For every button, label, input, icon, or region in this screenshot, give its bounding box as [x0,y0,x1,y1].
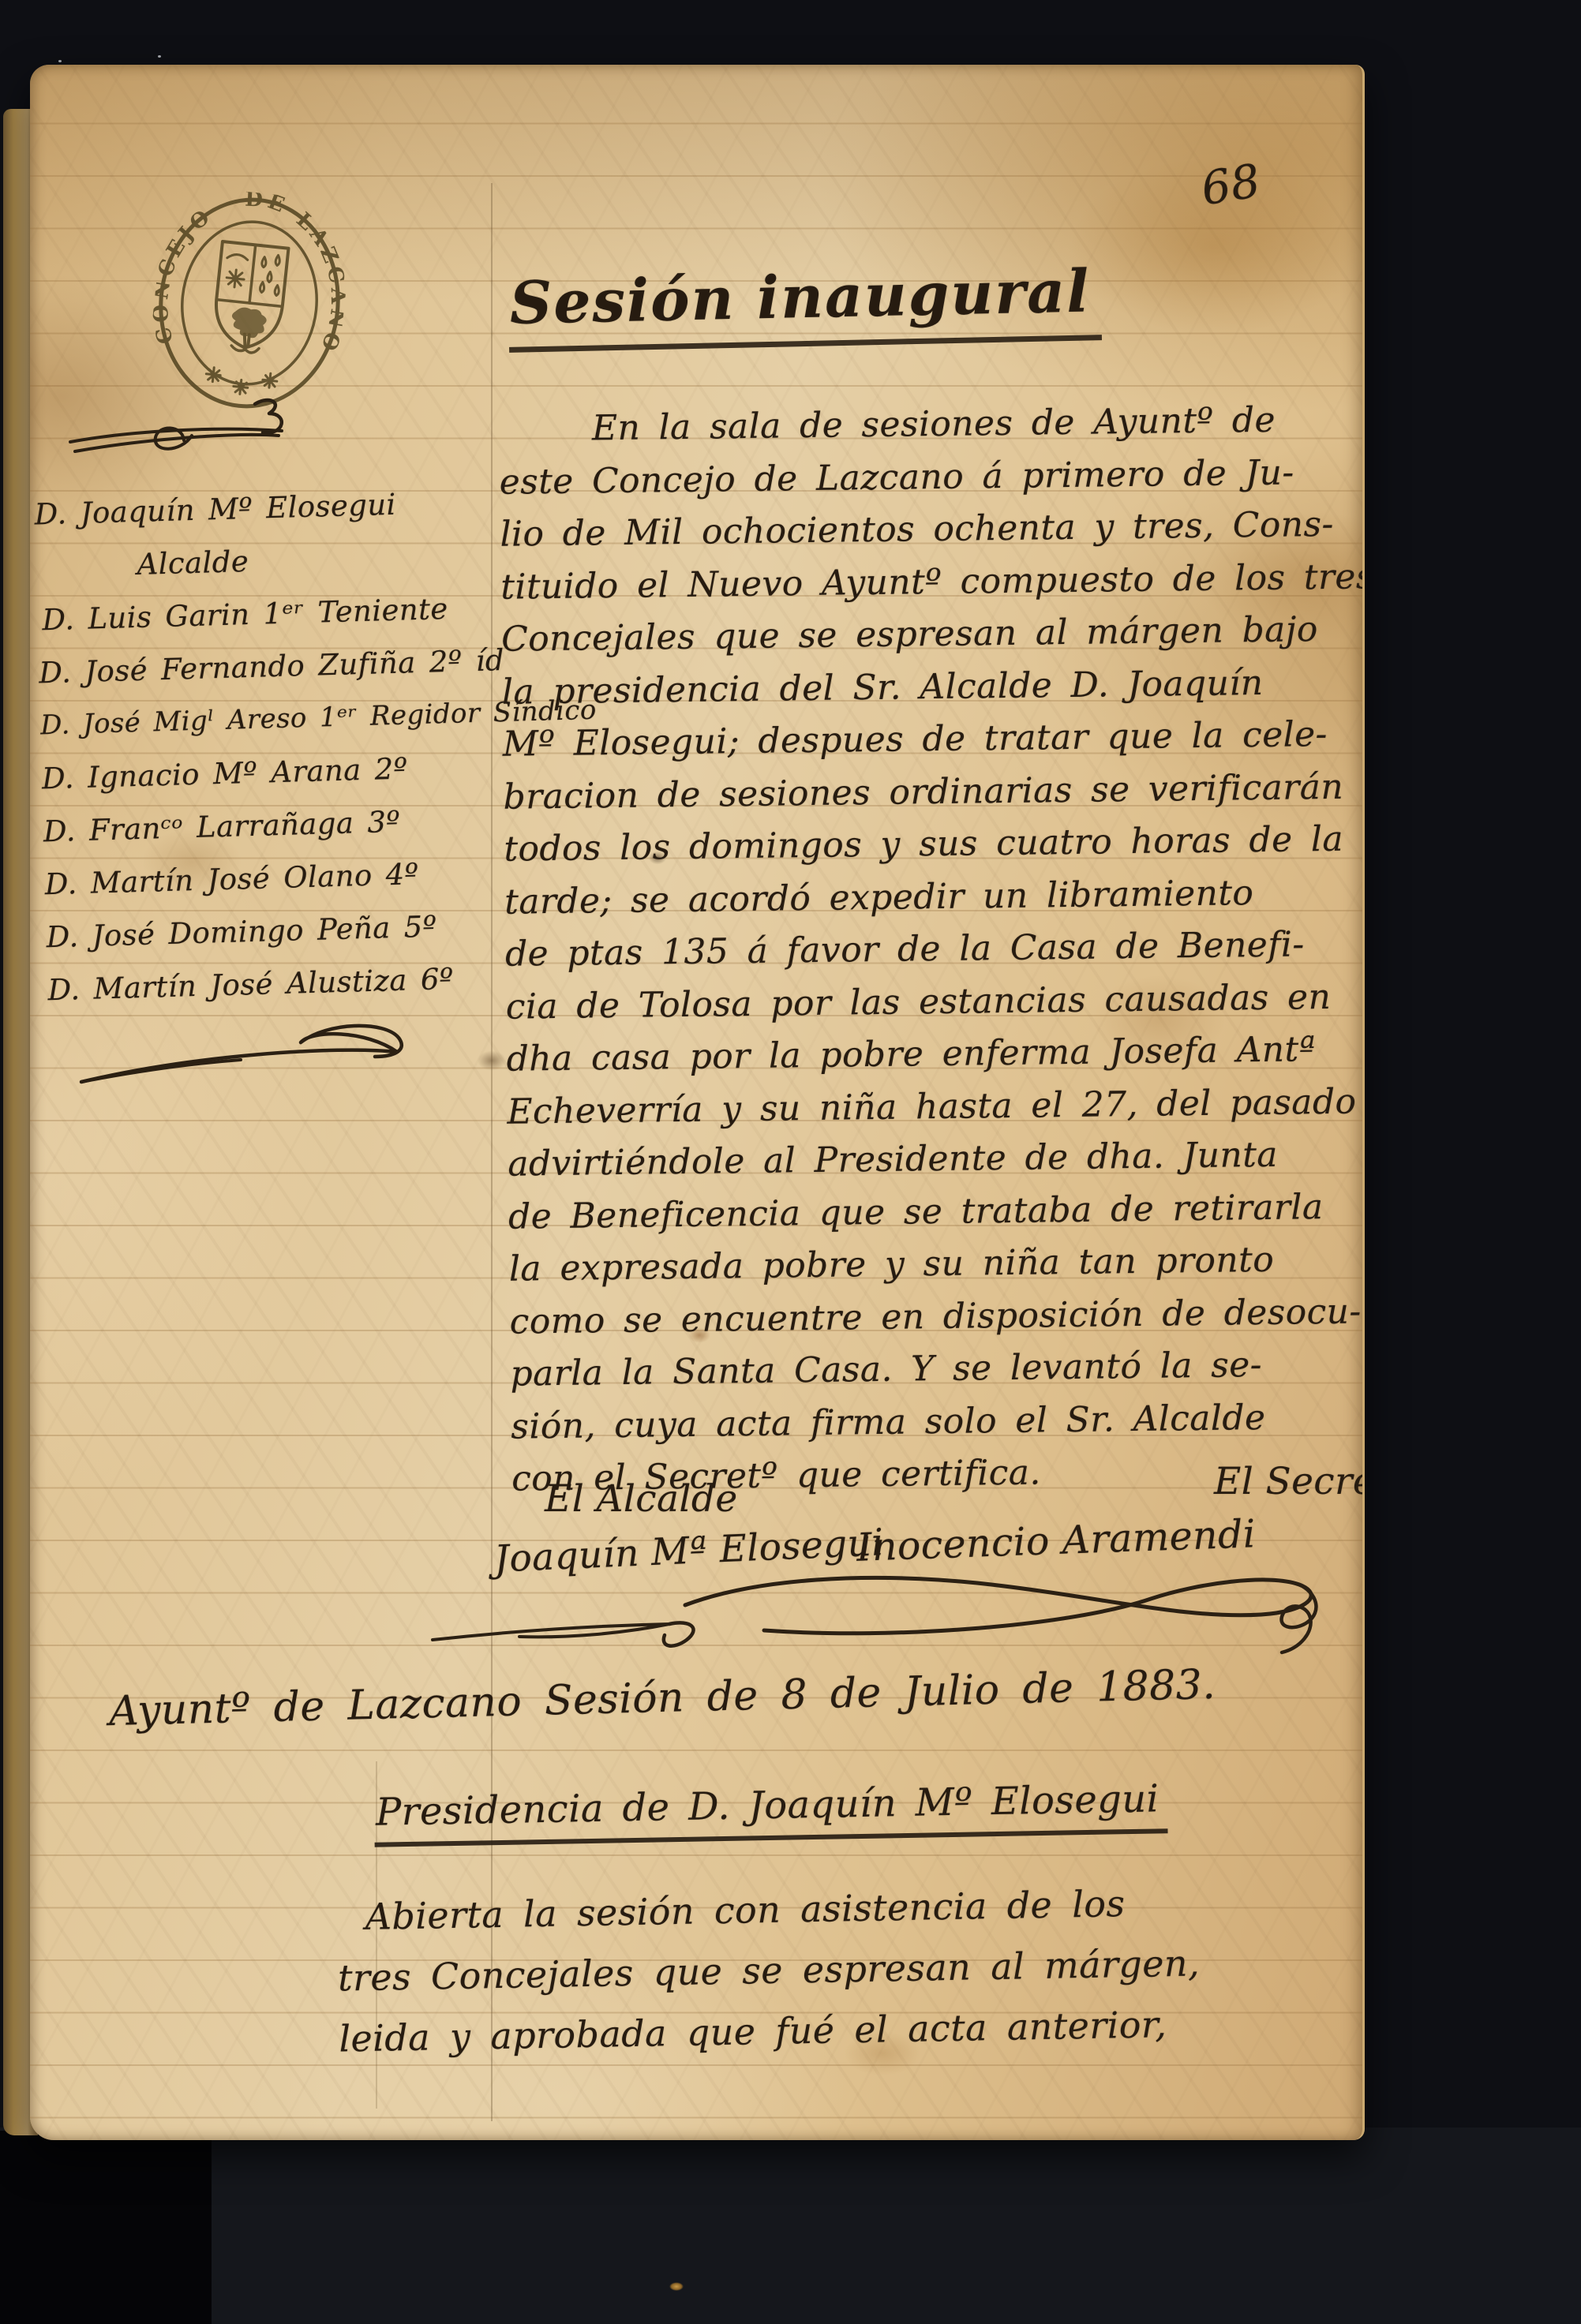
session-title: Sesión inaugural [508,257,1103,353]
manuscript-page: 68 CONCEJO DE LAZCANO [30,65,1365,2140]
manuscript-line: parla la Santa Casa. Y se levantó la se- [510,1338,1365,1401]
margin-flourish [75,1016,422,1102]
manuscript-line: sión, cuya acta firma solo el Sr. Alcald… [511,1390,1365,1454]
manuscript-line: En la sala de sesiones de Ayuntº de [499,393,1365,456]
manuscript-line: lio de Mil ochocientos ochenta y tres, C… [500,498,1365,561]
session-date-line: Ayuntº de Lazcano Sesión de 8 de Julio d… [108,1661,1216,1735]
stamp-shield [212,241,289,355]
photo-backdrop [0,2128,1581,2324]
municipal-stamp: CONCEJO DE LAZCANO [144,183,355,423]
attendee-list: D. Joaquín Mº Elosegui Alcalde D. Luis G… [34,475,522,1016]
stamp-flower-icon [226,269,245,288]
manuscript-line: de ptas 135 á favor de la Casa de Benefi… [505,918,1365,981]
manuscript-line: dha casa por la pobre enferma Josefa Ant… [506,1023,1365,1086]
closing-paragraph: Abierta la sesión con asistencia de los … [336,1872,1201,2069]
manuscript-line: la expresada pobre y su niña tan pronto [509,1233,1365,1296]
rubric-flourish [67,391,312,467]
manuscript-line: advirtiéndole al Presidente de dha. Junt… [508,1128,1365,1191]
presidency-heading: Presidencia de D. Joaquín Mº Elosegui [373,1776,1167,1847]
minutes-text: En la sala de sesiones de Ayuntº de este… [499,393,1365,1506]
dust-speck [158,55,161,58]
stamp-drops-icon [259,253,283,295]
stamp-arc-right-text: LAZCANO [279,207,355,358]
manuscript-line: Mº Elosegui; despues de tratar que la ce… [502,708,1365,771]
svg-text:CONCEJO: CONCEJO [144,199,219,351]
stamp-arc-left-text: CONCEJO [144,199,219,351]
svg-text:LAZCANO: LAZCANO [279,207,355,358]
page-number: 68 [1197,154,1264,216]
manuscript-line: Concejales que se espresan al márgen baj… [501,603,1365,666]
photo-backdrop-shadow [0,2131,212,2324]
debris-spot [669,2282,684,2291]
secretary-label: El Secretº [1214,1460,1365,1503]
dust-speck [58,60,62,62]
secretary-signature: Inocencio Aramendi [856,1511,1257,1570]
stamp-tree-icon [228,306,268,354]
alcalde-label: El Alcalde [545,1477,738,1521]
manuscript-line: todos los domingos y sus cuatro horas de… [504,813,1365,876]
signature-rubric [425,1564,1365,1667]
